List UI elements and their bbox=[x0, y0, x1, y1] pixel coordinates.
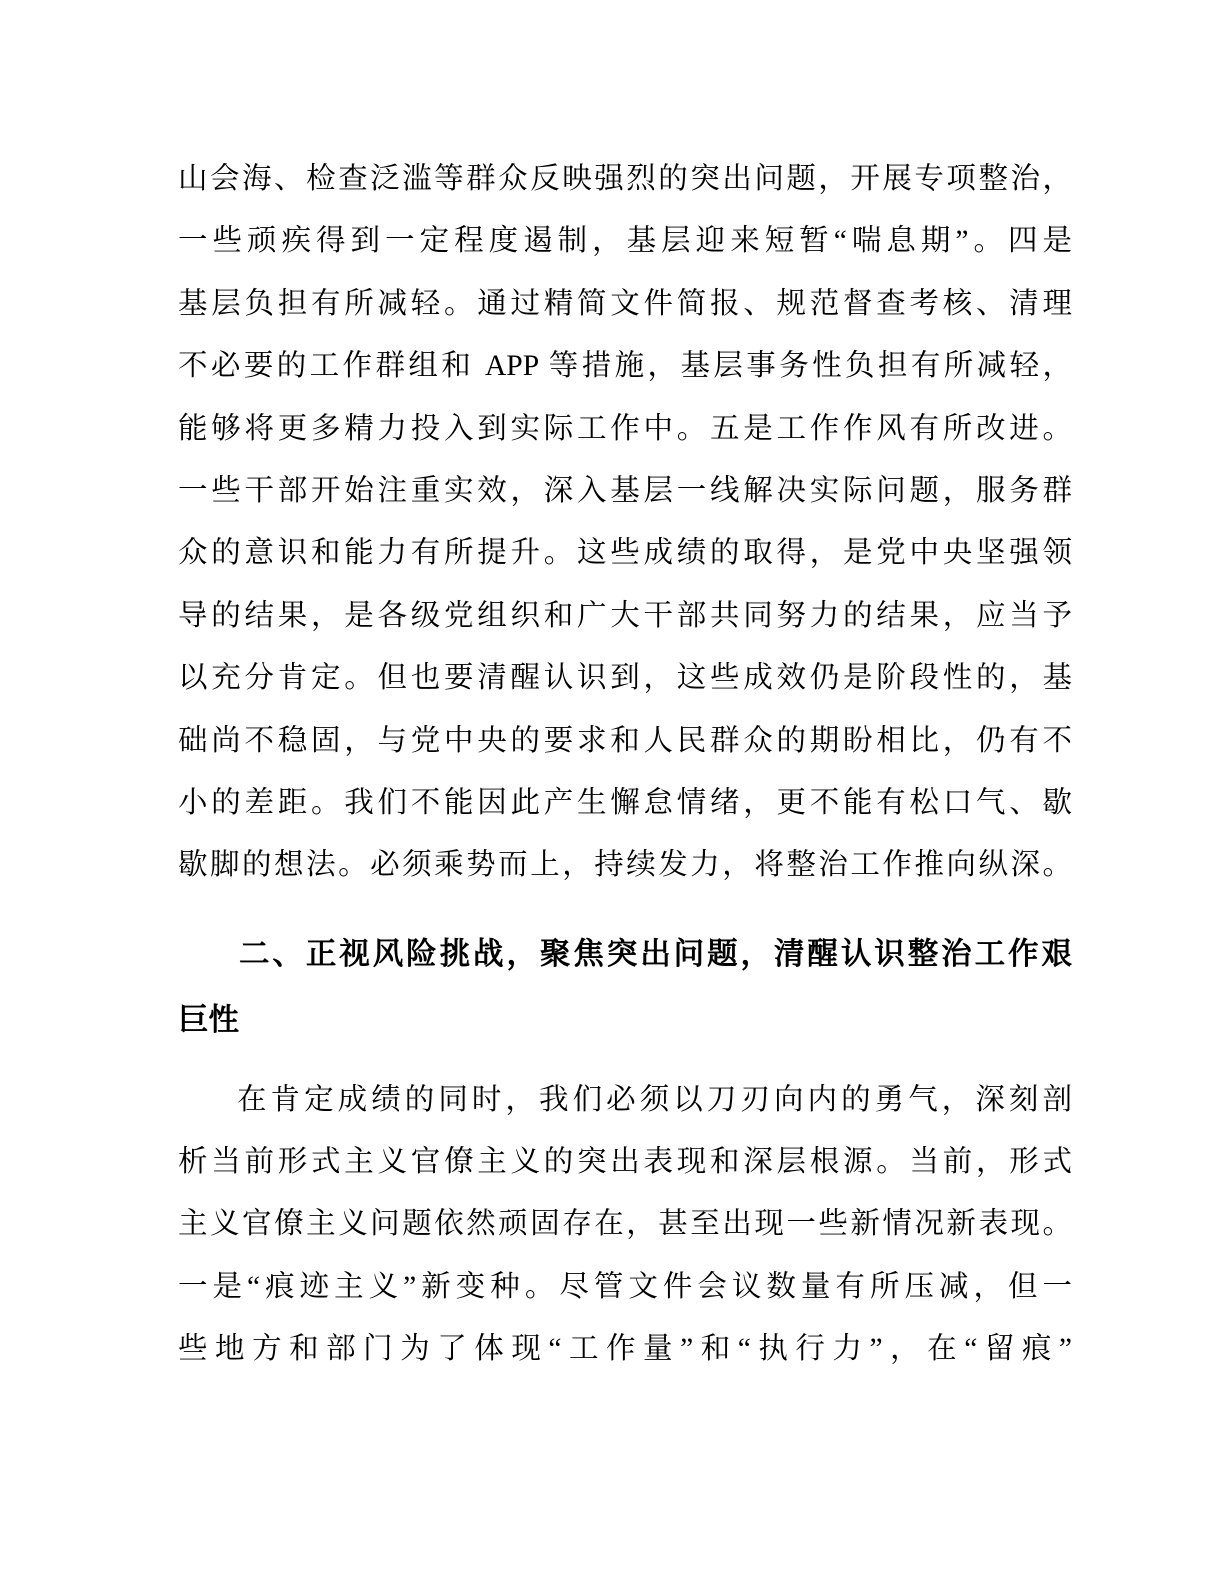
paragraph-2-line: 些地方和部门为了体现“工作量”和“执行力”，在“留痕” bbox=[178, 1318, 1072, 1380]
paragraph-1-line: 以充分肯定。但也要清醒认识到，这些成效仍是阶段性的，基 bbox=[178, 647, 1072, 709]
paragraph-2-line: 析当前形式主义官僚主义的突出表现和深层根源。当前，形式 bbox=[178, 1131, 1072, 1193]
section-heading-line: 二、正视风险挑战，聚焦突出问题，清醒认识整治工作艰 bbox=[178, 921, 1072, 987]
paragraph-1-line: 导的结果，是各级党组织和广大干部共同努力的结果，应当予 bbox=[178, 585, 1072, 647]
paragraph-1-line: 能够将更多精力投入到实际工作中。五是工作作风有所改进。 bbox=[178, 398, 1072, 460]
paragraph-1-line: 小的差距。我们不能因此产生懈怠情绪，更不能有松口气、歇 bbox=[178, 772, 1072, 834]
paragraph-1-line: 一些顽疾得到一定程度遏制，基层迎来短暂“喘息期”。四是 bbox=[178, 210, 1072, 272]
paragraph-1-line: 一些干部开始注重实效，深入基层一线解决实际问题，服务群 bbox=[178, 460, 1072, 522]
paragraph-1-line: 山会海、检查泛滥等群众反映强烈的突出问题，开展专项整治， bbox=[178, 148, 1072, 210]
paragraph-1-line: 歇脚的想法。必须乘势而上，持续发力，将整治工作推向纵深。 bbox=[178, 834, 1072, 896]
paragraph-1-line: 众的意识和能力有所提升。这些成绩的取得，是党中央坚强领 bbox=[178, 522, 1072, 584]
document-page: 山会海、检查泛滥等群众反映强烈的突出问题，开展专项整治， 一些顽疾得到一定程度遏… bbox=[0, 0, 1224, 1584]
paragraph-1-line: 础尚不稳固，与党中央的要求和人民群众的期盼相比，仍有不 bbox=[178, 710, 1072, 772]
paragraph-2-line: 一是“痕迹主义”新变种。尽管文件会议数量有所压减，但一 bbox=[178, 1256, 1072, 1318]
paragraph-2-line: 在肯定成绩的同时，我们必须以刀刃向内的勇气，深刻剖 bbox=[178, 1069, 1072, 1131]
paragraph-1-line: 不必要的工作群组和 APP 等措施，基层事务性负担有所减轻， bbox=[178, 335, 1072, 397]
paragraph-1-line: 基层负担有所减轻。通过精简文件简报、规范督查考核、清理 bbox=[178, 273, 1072, 335]
paragraph-2-line: 主义官僚主义问题依然顽固存在，甚至出现一些新情况新表现。 bbox=[178, 1193, 1072, 1255]
page-text-content: 山会海、检查泛滥等群众反映强烈的突出问题，开展专项整治， 一些顽疾得到一定程度遏… bbox=[178, 148, 1072, 1381]
section-heading-line: 巨性 bbox=[178, 987, 1072, 1053]
